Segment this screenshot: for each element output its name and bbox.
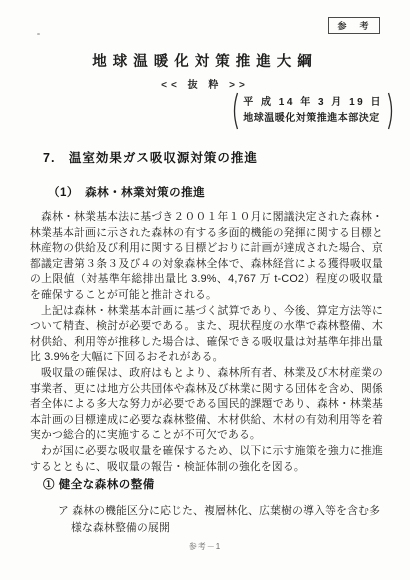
body-text: 森林・林業基本法に基づき２００１年１０月に閣議決定された森林・林業基本計画に示さ… [30,210,383,475]
page-number: 参考－1 [0,541,410,552]
document-title: 地球温暖化対策推進大綱 [0,50,410,71]
paragraph: 森林・林業基本法に基づき２００１年１０月に閣議決定された森林・林業基本計画に示さ… [30,210,383,304]
decision-note: 平 成 14 年 3 月 19 日 地球温暖化対策推進本部決定 [230,92,396,130]
item-1-sub-a: ア 森林の機能区分に応じた、複層林化、広葉樹の導入等を含む多様な森林整備の展開 [58,503,389,537]
section-7-heading: 7. 温室効果ガス吸収源対策の推進 [43,148,258,166]
item-1-heading: ① 健全な森林の整備 [43,476,155,492]
reference-stamp: 参 考 [328,17,380,34]
paragraph: 吸収量の確保は、政府はもとより、森林所有者、林業及び木材産業の事業者、更には地方… [30,366,383,444]
document-subtitle: << 抜 粋 >> [0,76,410,91]
scan-artifact [37,33,40,35]
paragraph: 上記は森林・林業基本計画に基づく試算であり、今後、算定方法等について精査、検討が… [30,304,383,366]
decision-date: 平 成 14 年 3 月 19 日 [243,95,383,111]
subsection-1-heading: （1） 森林・林業対策の推進 [48,184,205,200]
document-page: 参 考 地球温暖化対策推進大綱 << 抜 粋 >> 平 成 14 年 3 月 1… [0,0,410,580]
paren-close-decoration [387,92,396,130]
decision-body: 地球温暖化対策推進本部決定 [243,111,383,127]
paren-open-decoration [230,92,239,130]
paragraph: わが国に必要な吸収量を確保するため、以下に示す施策を強力に推進するとともに、吸収… [30,444,383,475]
